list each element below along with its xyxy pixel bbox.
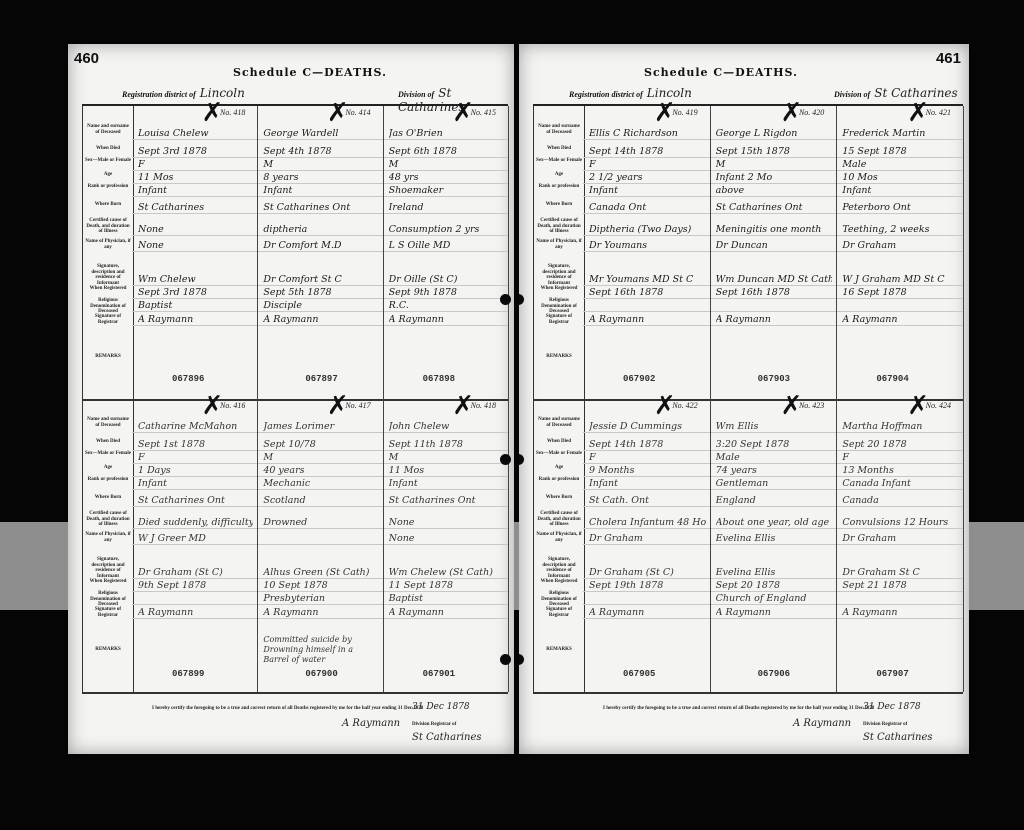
entry-where-born: St Cath. Ont [589,495,706,506]
field-label: Signature, description and residence of … [536,557,582,579]
death-entry: ✗No. 420George L RigdonSept 15th 1878MIn… [710,106,838,399]
entry-sex: M [263,159,378,170]
entry-age: 10 Mos [842,172,959,183]
entry-name: Wm Ellis [716,421,833,432]
entry-sex: F [138,159,253,170]
registration-district: Registration district ofLincoln [122,86,245,100]
punch-hole [500,454,511,465]
entry-religion: R.C. [389,300,504,311]
entry-when-died: Sept 1st 1878 [138,439,253,450]
punch-hole [519,454,524,465]
field-label: Name and surname of Deceased [536,124,582,135]
entry-number: No. 421 [926,108,951,117]
entry-age: 13 Months [842,465,959,476]
entries-row: Name and surname of DeceasedWhen DiedSex… [82,106,508,401]
field-label: Sex—Male or Female [536,158,582,164]
entry-name: George L Rigdon [716,128,833,139]
entry-rank: above [716,185,833,196]
registrar-signature: A Raymann [342,718,400,729]
entry-registered: Sept 3rd 1878 [138,287,253,298]
entry-cause: Drowned [263,517,378,528]
field-label: When Died [85,439,131,445]
entry-where-born: Scotland [263,495,378,506]
entry-age: 2 1/2 years [589,172,706,183]
entry-registered: Sept 16th 1878 [589,287,706,298]
entry-sex: Male [716,452,833,463]
entries-grid: Name and surname of DeceasedWhen DiedSex… [82,104,508,696]
certificate-number: 067907 [876,669,908,679]
certification-statement: I hereby certify the foregoing to be a t… [603,706,874,711]
field-label: Signature, description and residence of … [85,264,131,286]
entry-religion: Baptist [138,300,253,311]
punch-hole [500,654,511,665]
entry-age: 9 Months [589,465,706,476]
entry-registrar: A Raymann [263,314,378,325]
death-entry: ✗No. 417James LorimerSept 10/78M40 years… [257,399,383,692]
entry-number: No. 415 [471,108,496,117]
certificate-number: 067903 [758,374,790,384]
entry-where-born: Peterboro Ont [842,202,959,213]
field-label: Signature of Registrar [536,607,582,618]
entry-cause: Cholera Infantum 48 Hours [589,517,706,528]
entry-cause: Meningitis one month [716,224,833,235]
field-label: Signature, description and residence of … [536,264,582,286]
entry-where-born: St Catharines Ont [138,495,253,506]
certification-date: 31 Dec 1878 [412,702,470,712]
field-label: Name and surname of Deceased [536,417,582,428]
field-label: Name of Physician, if any [85,532,131,543]
entry-name: Louisa Chelew [138,128,253,139]
page-number: 461 [936,50,961,67]
entry-rank: Gentleman [716,478,833,489]
schedule-title: Schedule C—DEATHS. [233,66,387,79]
entry-informant: Wm Chelew (St Cath) [389,567,504,578]
field-label: Name of Physician, if any [85,239,131,250]
registration-district-label: Registration district of [569,90,643,99]
punch-hole [519,294,524,305]
entry-informant: Dr Graham (St C) [138,567,253,578]
entry-where-born: England [716,495,833,506]
field-label: Name of Physician, if any [536,239,582,250]
death-entry: ✗No. 414George WardellSept 4th 1878M8 ye… [257,106,383,399]
entry-where-born: St Catharines [138,202,253,213]
entry-registered: Sept 20 1878 [716,580,833,591]
entry-informant: Dr Graham St C [842,567,959,578]
entry-where-born: St Catharines Ont [389,495,504,506]
entry-registered: Sept 9th 1878 [389,287,504,298]
field-label: Sex—Male or Female [536,451,582,457]
entry-physician: Dr Graham [589,533,706,544]
entry-sex: M [263,452,378,463]
entry-registered: 11 Sept 1878 [389,580,504,591]
entry-name: Ellis C Richardson [589,128,706,139]
entry-where-born: St Catharines Ont [263,202,378,213]
field-label: Name and surname of Deceased [85,124,131,135]
punch-hole [500,294,511,305]
entry-name: Jessie D Cummings [589,421,706,432]
entry-when-died: Sept 14th 1878 [589,439,706,450]
entry-sex: F [842,452,959,463]
entry-registrar: A Raymann [716,607,833,618]
field-label: Age [536,465,582,471]
entry-physician: Dr Graham [842,533,959,544]
entry-number: No. 422 [672,401,697,410]
entry-age: 11 Mos [389,465,504,476]
entry-where-born: St Catharines Ont [716,202,833,213]
entry-when-died: Sept 14th 1878 [589,146,706,157]
entry-physician: Dr Youmans [589,240,706,251]
entry-registrar: A Raymann [389,314,504,325]
entry-name: George Wardell [263,128,378,139]
division-label: Division of [834,90,870,99]
certification-date: 31 Dec 1878 [863,702,921,712]
entry-informant: W J Graham MD St C [842,274,959,285]
division-label: Division of [398,90,434,99]
entry-sex: M [716,159,833,170]
death-entry: ✗No. 416Catharine McMahonSept 1st 1878F1… [132,399,258,692]
entry-age: Infant 2 Mo [716,172,833,183]
entry-registrar: A Raymann [263,607,378,618]
entry-cause: Convulsions 12 Hours [842,517,959,528]
entry-where-born: Ireland [389,202,504,213]
entries-grid: Name and surname of DeceasedWhen DiedSex… [533,104,963,696]
entry-sex: F [589,452,706,463]
field-label: Sex—Male or Female [85,158,131,164]
field-label: Rank or profession [536,184,582,190]
field-labels: Name and surname of DeceasedWhen DiedSex… [82,399,134,692]
field-label: Name and surname of Deceased [85,417,131,428]
entry-sex: Male [842,159,959,170]
entry-cause: Consumption 2 yrs [389,224,504,235]
field-label: Religious Denomination of Deceased [536,591,582,608]
field-label: Signature of Registrar [85,607,131,618]
certification-footer: I hereby certify the foregoing to be a t… [533,696,963,750]
field-labels: Name and surname of DeceasedWhen DiedSex… [82,106,134,399]
entry-physician: None [138,240,253,251]
certificate-number: 067904 [876,374,908,384]
entry-physician: Dr Graham [842,240,959,251]
entry-registered: Sept 21 1878 [842,580,959,591]
field-label: Signature, description and residence of … [85,557,131,579]
field-label: Religious Denomination of Deceased [85,591,131,608]
field-label: Where Born [85,202,131,208]
entries-row: Name and surname of DeceasedWhen DiedSex… [82,399,508,694]
entry-religion: Church of England [716,593,833,604]
field-label: Certified cause of Death, and duration o… [536,218,582,235]
entry-registrar: A Raymann [138,607,253,618]
entry-rank: Infant [589,478,706,489]
entry-name: Catharine McMahon [138,421,253,432]
entry-cause: diptheria [263,224,378,235]
certificate-number: 067899 [172,669,204,679]
entry-number: No. 414 [345,108,370,117]
entry-sex: F [138,452,253,463]
entry-when-died: 15 Sept 1878 [842,146,959,157]
entry-registrar: A Raymann [138,314,253,325]
field-label: Signature of Registrar [536,314,582,325]
entry-number: No. 424 [926,401,951,410]
entry-religion: Disciple [263,300,378,311]
entry-religion: Presbyterian [263,593,378,604]
death-entry: ✗No. 423Wm Ellis3:20 Sept 1878Male74 yea… [710,399,838,692]
page-460: 460Schedule C—DEATHS.Registration distri… [68,44,514,754]
registrar-role: Division Registrar of [412,722,456,727]
certificate-number: 067905 [623,669,655,679]
entry-registrar: A Raymann [589,607,706,618]
certificate-number: 067898 [423,374,455,384]
death-entry: ✗No. 418Louisa ChelewSept 3rd 1878F11 Mo… [132,106,258,399]
field-label: When Registered [536,286,582,292]
field-label: Rank or profession [85,477,131,483]
entry-when-died: Sept 4th 1878 [263,146,378,157]
field-label: When Registered [85,579,131,585]
entry-number: No. 418 [471,401,496,410]
entry-registered: 9th Sept 1878 [138,580,253,591]
entry-rank: Infant [138,478,253,489]
field-label: When Died [536,146,582,152]
death-entry: ✗No. 415Jas O'BrienSept 6th 1878M48 yrsS… [383,106,509,399]
entry-number: No. 418 [220,108,245,117]
certificate-number: 067902 [623,374,655,384]
field-labels: Name and surname of DeceasedWhen DiedSex… [533,399,585,692]
entry-registered: Sept 16th 1878 [716,287,833,298]
entry-rank: Infant [389,478,504,489]
entry-number: No. 423 [799,401,824,410]
entry-informant: Dr Graham (St C) [589,567,706,578]
field-label: Certified cause of Death, and duration o… [85,511,131,528]
entry-age: 8 years [263,172,378,183]
entry-physician: Dr Comfort M.D [263,240,378,251]
division: Division ofSt Catharines [834,86,958,100]
entry-physician: None [389,533,504,544]
entry-when-died: Sept 6th 1878 [389,146,504,157]
entry-sex: F [589,159,706,170]
field-label: REMARKS [536,354,582,360]
registration-district-label: Registration district of [122,90,196,99]
entries-row: Name and surname of DeceasedWhen DiedSex… [533,399,963,694]
entry-informant: Evelina Ellis [716,567,833,578]
registrar-place: St Catharines [863,732,933,743]
entry-registered: 16 Sept 1878 [842,287,959,298]
entry-physician: Evelina Ellis [716,533,833,544]
entry-registrar: A Raymann [842,314,959,325]
entry-cause: Died suddenly, difficulty at Birth [138,517,253,528]
entry-cause: None [138,224,253,235]
death-entry: ✗No. 419Ellis C RichardsonSept 14th 1878… [583,106,711,399]
field-label: When Died [85,146,131,152]
field-label: Name of Physician, if any [536,532,582,543]
entry-informant: Wm Duncan MD St Cath [716,274,833,285]
entry-cause: About one year, old age [716,517,833,528]
entry-rank: Infant [263,185,378,196]
field-label: Sex—Male or Female [85,451,131,457]
entry-registrar: A Raymann [716,314,833,325]
entry-registrar: A Raymann [842,607,959,618]
field-label: Religious Denomination of Deceased [536,298,582,315]
field-label: When Died [536,439,582,445]
entry-informant: Mr Youmans MD St C [589,274,706,285]
entry-when-died: Sept 10/78 [263,439,378,450]
entry-informant: Wm Chelew [138,274,253,285]
entry-cause: None [389,517,504,528]
death-entry: ✗No. 418John ChelewSept 11th 1878M11 Mos… [383,399,509,692]
certification-statement: I hereby certify the foregoing to be a t… [152,706,423,711]
entry-number: No. 417 [345,401,370,410]
entry-age: 74 years [716,465,833,476]
certificate-number: 067897 [305,374,337,384]
entry-sex: M [389,159,504,170]
entry-registrar: A Raymann [389,607,504,618]
field-label: REMARKS [85,354,131,360]
death-entry: ✗No. 421Frederick Martin15 Sept 1878Male… [836,106,964,399]
entry-informant: Dr Comfort St C [263,274,378,285]
entry-registrar: A Raymann [589,314,706,325]
entry-when-died: Sept 3rd 1878 [138,146,253,157]
field-label: Age [85,172,131,178]
entries-row: Name and surname of DeceasedWhen DiedSex… [533,106,963,401]
page-number: 460 [74,50,99,67]
entry-age: 48 yrs [389,172,504,183]
field-label: Age [536,172,582,178]
death-entry: ✗No. 422Jessie D CummingsSept 14th 1878F… [583,399,711,692]
field-label: When Registered [536,579,582,585]
field-label: REMARKS [536,647,582,653]
entry-informant: Dr Oille (St C) [389,274,504,285]
entry-rank: Shoemaker [389,185,504,196]
entry-number: No. 416 [220,401,245,410]
entry-age: 40 years [263,465,378,476]
entry-name: John Chelew [389,421,504,432]
entry-where-born: Canada Ont [589,202,706,213]
entry-number: No. 420 [799,108,824,117]
certificate-number: 067901 [423,669,455,679]
death-entry: ✗No. 424Martha HoffmanSept 20 1878F13 Mo… [836,399,964,692]
entry-registered: Sept 19th 1878 [589,580,706,591]
entry-name: Jas O'Brien [389,128,504,139]
schedule-title: Schedule C—DEATHS. [644,66,798,79]
field-label: Signature of Registrar [85,314,131,325]
field-label: Rank or profession [536,477,582,483]
entry-rank: Infant [589,185,706,196]
certificate-number: 067900 [305,669,337,679]
entry-age: 11 Mos [138,172,253,183]
entry-name: Martha Hoffman [842,421,959,432]
entry-name: James Lorimer [263,421,378,432]
field-label: Rank or profession [85,184,131,190]
entry-when-died: Sept 11th 1878 [389,439,504,450]
field-label: Where Born [85,495,131,501]
certificate-number: 067896 [172,374,204,384]
entry-registered: 10 Sept 1878 [263,580,378,591]
entry-rank: Infant [842,185,959,196]
field-label: Certified cause of Death, and duration o… [85,218,131,235]
entry-rank: Canada Infant [842,478,959,489]
registrar-signature: A Raymann [793,718,851,729]
page-461: 461Schedule C—DEATHS.Registration distri… [519,44,969,754]
entry-informant: Alhus Green (St Cath) [263,567,378,578]
entry-age: 1 Days [138,465,253,476]
field-label: Where Born [536,202,582,208]
field-label: Age [85,465,131,471]
certification-footer: I hereby certify the foregoing to be a t… [82,696,508,750]
field-label: Where Born [536,495,582,501]
punch-hole [519,654,524,665]
certificate-number: 067906 [758,669,790,679]
entry-registered: Sept 5th 1878 [263,287,378,298]
entry-cause: Teething, 2 weeks [842,224,959,235]
entry-rank: Infant [138,185,253,196]
registrar-place: St Catharines [412,732,482,743]
entry-religion: Baptist [389,593,504,604]
field-label: Certified cause of Death, and duration o… [536,511,582,528]
field-labels: Name and surname of DeceasedWhen DiedSex… [533,106,585,399]
registrar-role: Division Registrar of [863,722,907,727]
entry-sex: M [389,452,504,463]
entry-remarks: Committed suicide by Drowning himself in… [263,635,378,665]
field-label: REMARKS [85,647,131,653]
entry-number: No. 419 [672,108,697,117]
entry-cause: Diptheria (Two Days) [589,224,706,235]
entry-when-died: 3:20 Sept 1878 [716,439,833,450]
field-label: Religious Denomination of Deceased [85,298,131,315]
entry-when-died: Sept 15th 1878 [716,146,833,157]
entry-when-died: Sept 20 1878 [842,439,959,450]
entry-where-born: Canada [842,495,959,506]
entry-physician: L S Oille MD [389,240,504,251]
field-label: When Registered [85,286,131,292]
entry-rank: Mechanic [263,478,378,489]
entry-physician: W J Greer MD [138,533,253,544]
entry-name: Frederick Martin [842,128,959,139]
entry-physician: Dr Duncan [716,240,833,251]
